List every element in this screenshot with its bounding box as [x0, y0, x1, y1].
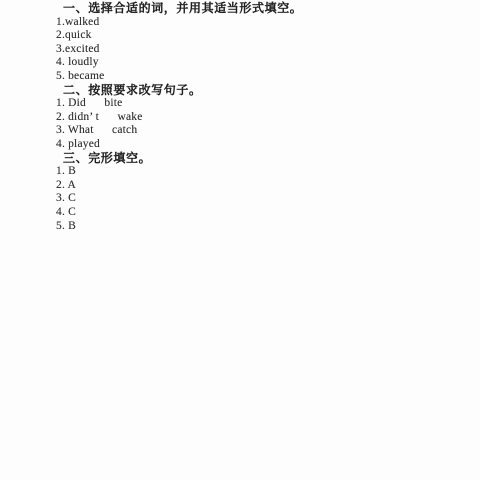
- answer-line-2-3: 3. What catch: [56, 124, 302, 138]
- answer-line-2-1: 1. Did bite: [56, 97, 302, 111]
- answer-line-3-5: 5. B: [56, 220, 302, 234]
- answer-line-3-4: 4. C: [56, 206, 302, 220]
- section-3-heading: 三、完形填空。: [56, 152, 302, 166]
- answer-line-3-3: 3. C: [56, 192, 302, 206]
- answer-line-1-2: 2.quick: [56, 29, 302, 43]
- section-1-heading: 一、选择合适的词，并用其适当形式填空。: [56, 2, 302, 16]
- answer-line-2-2: 2. didn’ t wake: [56, 111, 302, 125]
- answer-line-1-4: 4. loudly: [56, 56, 302, 70]
- answer-line-3-2: 2. A: [56, 179, 302, 193]
- answer-line-1-3: 3.excited: [56, 43, 302, 57]
- answer-line-2-4: 4. played: [56, 138, 302, 152]
- answer-sheet: 一、选择合适的词，并用其适当形式填空。 1.walked 2.quick 3.e…: [56, 2, 302, 233]
- section-2-heading: 二、按照要求改写句子。: [56, 84, 302, 98]
- answer-line-1-1: 1.walked: [56, 16, 302, 30]
- answer-line-3-1: 1. B: [56, 165, 302, 179]
- document-page: 一、选择合适的词，并用其适当形式填空。 1.walked 2.quick 3.e…: [0, 0, 480, 480]
- answer-line-1-5: 5. became: [56, 70, 302, 84]
